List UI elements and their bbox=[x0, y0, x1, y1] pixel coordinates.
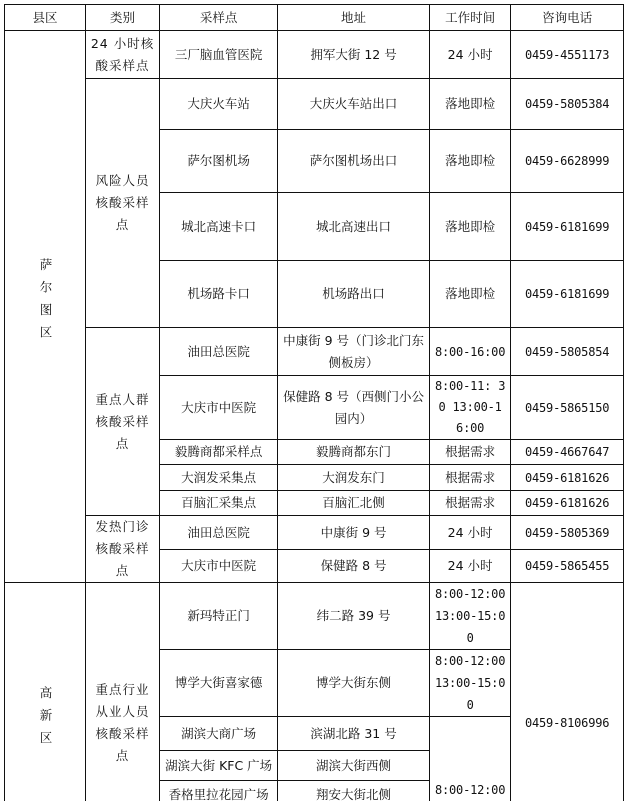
hours-cell: 根据需求 bbox=[429, 491, 510, 516]
address-cell: 大庆火车站出口 bbox=[278, 79, 430, 130]
sampling-sites-table: 县区 类别 采样点 地址 工作时间 咨询电话 萨尔图区 24 小时核酸采样点 三… bbox=[4, 4, 624, 801]
hours-cell: 8:00-11: 30 13:00-16:00 bbox=[429, 376, 510, 440]
site-cell: 湖滨大街 KFC 广场 bbox=[160, 751, 278, 781]
county-name: 高新区 bbox=[35, 686, 55, 754]
table-row: 发热门诊核酸采样点 油田总医院 中康街 9 号 24 小时 0459-58053… bbox=[5, 516, 624, 550]
address-cell: 百脑汇北侧 bbox=[278, 491, 430, 516]
table-row: 萨尔图区 24 小时核酸采样点 三厂脑血管医院 拥军大街 12 号 24 小时 … bbox=[5, 31, 624, 79]
phone-cell: 0459-6181699 bbox=[511, 261, 624, 328]
hours-cell: 8:00-12:00 13:00-15:00 bbox=[429, 583, 510, 650]
address-cell: 纬二路 39 号 bbox=[278, 583, 430, 650]
hours-cell: 24 小时 bbox=[429, 516, 510, 550]
hours-cell: 落地即检 bbox=[429, 193, 510, 261]
site-cell: 博学大街喜家德 bbox=[160, 650, 278, 717]
site-cell: 百脑汇采集点 bbox=[160, 491, 278, 516]
header-phone: 咨询电话 bbox=[511, 5, 624, 31]
category-cell: 风险人员核酸采样点 bbox=[86, 79, 160, 328]
address-cell: 中康街 9 号 bbox=[278, 516, 430, 550]
address-cell: 中康街 9 号（门诊北门东侧板房） bbox=[278, 328, 430, 376]
hours-cell: 24 小时 bbox=[429, 31, 510, 79]
site-cell: 油田总医院 bbox=[160, 328, 278, 376]
address-cell: 萨尔图机场出口 bbox=[278, 130, 430, 193]
hours-cell: 8:00-16:00 bbox=[429, 328, 510, 376]
site-cell: 萨尔图机场 bbox=[160, 130, 278, 193]
hours-cell: 8:00-12:00 13:00-15:00 bbox=[429, 650, 510, 717]
hours-cell: 根据需求 bbox=[429, 465, 510, 491]
site-cell: 湖滨大商广场 bbox=[160, 717, 278, 751]
hours-cell: 落地即检 bbox=[429, 79, 510, 130]
hours-cell: 落地即检 bbox=[429, 130, 510, 193]
address-cell: 拥军大街 12 号 bbox=[278, 31, 430, 79]
phone-cell: 0459-8106996 bbox=[511, 583, 624, 801]
header-row: 县区 类别 采样点 地址 工作时间 咨询电话 bbox=[5, 5, 624, 31]
hours-cell: 落地即检 bbox=[429, 261, 510, 328]
phone-cell: 0459-6628999 bbox=[511, 130, 624, 193]
table-row: 重点人群核酸采样点 油田总医院 中康街 9 号（门诊北门东侧板房） 8:00-1… bbox=[5, 328, 624, 376]
header-site: 采样点 bbox=[160, 5, 278, 31]
header-address: 地址 bbox=[278, 5, 430, 31]
address-cell: 博学大街东侧 bbox=[278, 650, 430, 717]
address-cell: 滨湖北路 31 号 bbox=[278, 717, 430, 751]
table-row: 风险人员核酸采样点 大庆火车站 大庆火车站出口 落地即检 0459-580538… bbox=[5, 79, 624, 130]
header-category: 类别 bbox=[86, 5, 160, 31]
phone-cell: 0459-6181699 bbox=[511, 193, 624, 261]
site-cell: 大庆市中医院 bbox=[160, 550, 278, 583]
site-cell: 毅腾商都采样点 bbox=[160, 440, 278, 465]
address-cell: 保健路 8 号 bbox=[278, 550, 430, 583]
address-cell: 毅腾商都东门 bbox=[278, 440, 430, 465]
phone-cell: 0459-4667647 bbox=[511, 440, 624, 465]
county-name: 萨尔图区 bbox=[35, 258, 55, 348]
address-cell: 翔安大街北侧 bbox=[278, 781, 430, 801]
county-cell: 萨尔图区 bbox=[5, 31, 86, 583]
address-cell: 湖滨大街西侧 bbox=[278, 751, 430, 781]
header-hours: 工作时间 bbox=[429, 5, 510, 31]
address-cell: 城北高速出口 bbox=[278, 193, 430, 261]
address-cell: 大润发东门 bbox=[278, 465, 430, 491]
site-cell: 大庆市中医院 bbox=[160, 376, 278, 440]
phone-cell: 0459-4551173 bbox=[511, 31, 624, 79]
site-cell: 大润发采集点 bbox=[160, 465, 278, 491]
hours-cell: 24 小时 bbox=[429, 550, 510, 583]
phone-cell: 0459-5805854 bbox=[511, 328, 624, 376]
address-cell: 机场路出口 bbox=[278, 261, 430, 328]
hours-cell: 根据需求 bbox=[429, 440, 510, 465]
phone-cell: 0459-6181626 bbox=[511, 491, 624, 516]
phone-cell: 0459-6181626 bbox=[511, 465, 624, 491]
phone-cell: 0459-5865455 bbox=[511, 550, 624, 583]
site-cell: 大庆火车站 bbox=[160, 79, 278, 130]
table-row: 高新区 重点行业从业人员核酸采样点 新玛特正门 纬二路 39 号 8:00-12… bbox=[5, 583, 624, 650]
category-cell: 24 小时核酸采样点 bbox=[86, 31, 160, 79]
category-cell: 发热门诊核酸采样点 bbox=[86, 516, 160, 583]
header-county: 县区 bbox=[5, 5, 86, 31]
address-cell: 保健路 8 号（西侧门小公园内） bbox=[278, 376, 430, 440]
site-cell: 油田总医院 bbox=[160, 516, 278, 550]
category-cell: 重点人群核酸采样点 bbox=[86, 328, 160, 516]
phone-cell: 0459-5805384 bbox=[511, 79, 624, 130]
site-cell: 城北高速卡口 bbox=[160, 193, 278, 261]
county-cell: 高新区 bbox=[5, 583, 86, 801]
site-cell: 三厂脑血管医院 bbox=[160, 31, 278, 79]
phone-cell: 0459-5865150 bbox=[511, 376, 624, 440]
site-cell: 机场路卡口 bbox=[160, 261, 278, 328]
site-cell: 香格里拉花园广场 bbox=[160, 781, 278, 801]
hours-cell: 8:00-12:00 bbox=[429, 717, 510, 801]
site-cell: 新玛特正门 bbox=[160, 583, 278, 650]
phone-cell: 0459-5805369 bbox=[511, 516, 624, 550]
category-cell: 重点行业从业人员核酸采样点 bbox=[86, 583, 160, 801]
